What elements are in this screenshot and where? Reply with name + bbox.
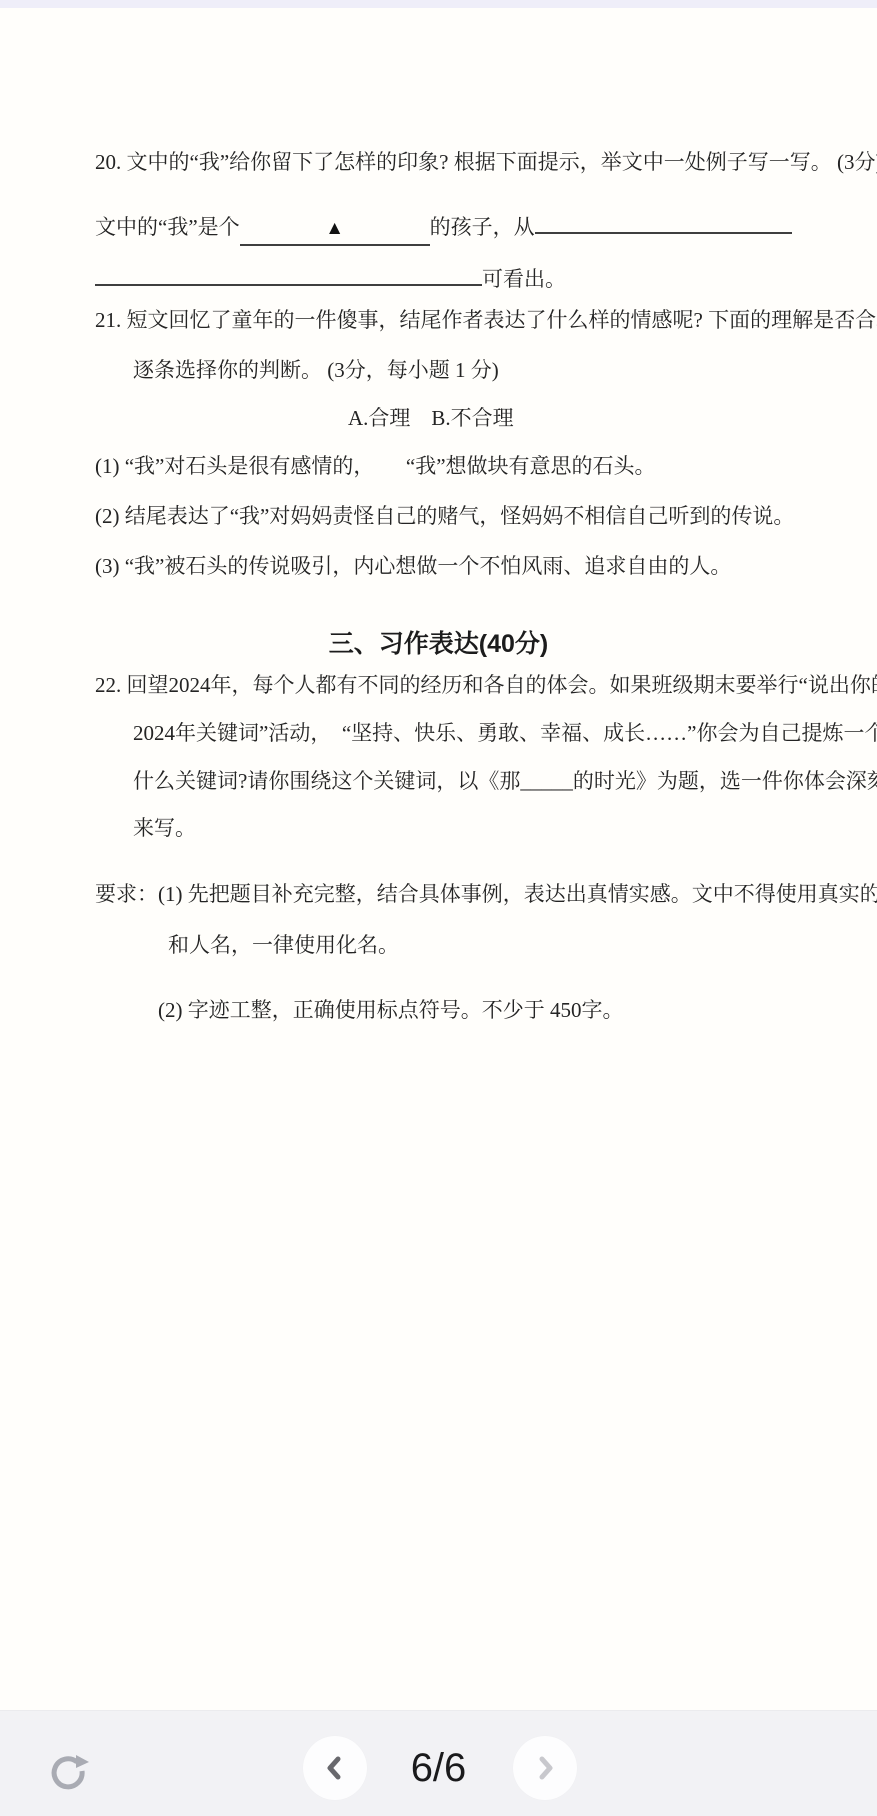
question-21-line1: 21. 短文回忆了童年的一件傻事，结尾作者表达了什么样的情感呢? 下面的理解是否… bbox=[95, 305, 877, 335]
rotate-clockwise-icon bbox=[46, 1751, 92, 1793]
question-21-line2: 逐条选择你的判断。 (3分，每小题 1 分) bbox=[133, 355, 499, 385]
fill-suffix-text: 可看出。 bbox=[482, 264, 566, 294]
question-21-item2: (2) 结尾表达了“我”对妈妈责怪自己的赌气，怪妈妈不相信自己听到的传说。 bbox=[95, 501, 794, 531]
question-20-fill-line1: 文中的“我”是个 ▲ 的孩子，从 bbox=[95, 212, 792, 246]
requirements-line1: 要求：(1) 先把题目补充完整，结合具体事例，表达出真情实感。文中不得使用真实的… bbox=[95, 879, 877, 909]
rotate-page-button[interactable] bbox=[46, 1751, 92, 1793]
question-22-line4: 来写。 bbox=[133, 813, 196, 843]
question-20-fill-line2: 可看出。 bbox=[95, 264, 566, 294]
next-page-button[interactable] bbox=[513, 1736, 577, 1800]
requirements-line3: (2) 字迹工整，正确使用标点符号。不少于 450字。 bbox=[158, 995, 624, 1025]
requirements-line2: 和人名，一律使用化名。 bbox=[168, 930, 399, 960]
question-21-item3: (3) “我”被石头的传说吸引，内心想做一个不怕风雨、追求自由的人。 bbox=[95, 551, 731, 581]
chevron-left-icon bbox=[321, 1754, 349, 1782]
fill-prefix-text: 文中的“我”是个 bbox=[95, 212, 240, 242]
answer-blank-long bbox=[95, 283, 482, 286]
viewer-toolbar: 6/6 bbox=[0, 1710, 877, 1816]
question-22-line3: 什么关键词?请你围绕这个关键词，以《那_____的时光》为题，选一件你体会深刻的… bbox=[133, 766, 877, 796]
question-22-line1: 22. 回望2024年，每个人都有不同的经历和各自的体会。如果班级期末要举行“说… bbox=[95, 670, 877, 700]
question-21-item1: (1) “我”对石头是很有感情的， “我”想做块有意思的石头。 bbox=[95, 451, 656, 481]
answer-blank-triangle: ▲ bbox=[240, 214, 430, 246]
page-indicator: 6/6 bbox=[0, 1738, 877, 1798]
prev-page-button[interactable] bbox=[303, 1736, 367, 1800]
question-20-line1: 20. 文中的“我”给你留下了怎样的印象? 根据下面提示，举文中一处例子写一写。… bbox=[95, 147, 877, 177]
fill-middle-text: 的孩子，从 bbox=[430, 212, 535, 242]
triangle-placeholder: ▲ bbox=[325, 218, 344, 239]
question-21-options: A.合理 B.不合理 bbox=[348, 403, 514, 433]
chevron-right-icon bbox=[531, 1754, 559, 1782]
status-strip bbox=[0, 0, 877, 8]
section-heading: 三、习作表达(40分) bbox=[0, 627, 877, 661]
answer-blank-long bbox=[535, 231, 792, 234]
question-22-line2: 2024年关键词”活动， “坚持、快乐、勇敢、幸福、成长……”你会为自己提炼一个 bbox=[133, 718, 877, 748]
